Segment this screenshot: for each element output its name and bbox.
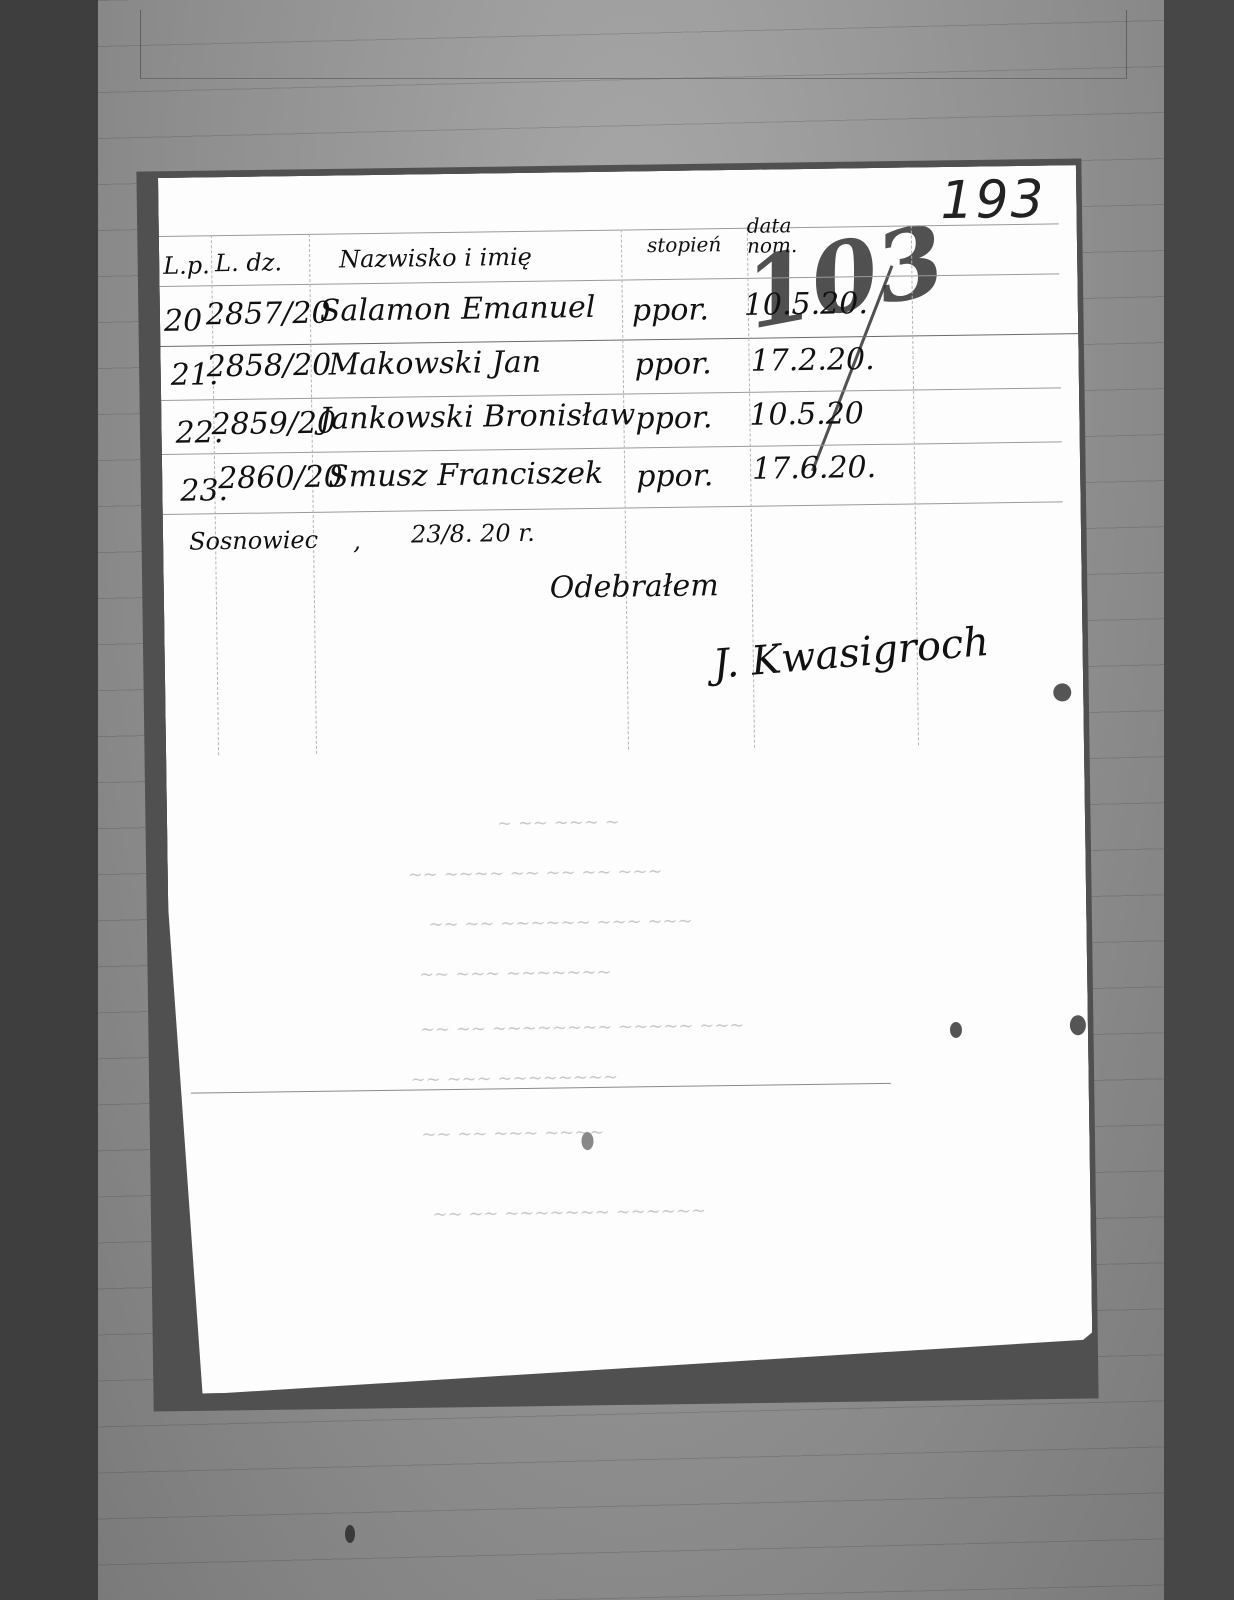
bleed-through-text: ~~ ~~ ~~~~~~~~ ~~~~~ ~~~ xyxy=(420,1015,745,1041)
row-rule xyxy=(160,333,1078,347)
row-lp: 20 xyxy=(164,303,203,339)
bleed-through-text: ~~ ~~~ ~~~~~~~ xyxy=(419,962,612,986)
bleed-through-text: ~~ ~~ ~~~ ~~~~ xyxy=(421,1122,604,1146)
ink-spot xyxy=(950,1022,962,1038)
row-name: Makowski Jan xyxy=(328,345,541,383)
row-name: Jankowski Bronisław xyxy=(319,397,635,436)
bleed-through-text: ~ ~~ ~~~ ~ xyxy=(497,812,620,835)
row-ldz: 2859/20 xyxy=(211,406,336,443)
row-rank: ppor. xyxy=(635,400,713,436)
row-ldz: 2860/20 xyxy=(218,459,343,496)
ink-spot xyxy=(1070,1015,1086,1035)
column-rule xyxy=(621,230,629,750)
ink-spot xyxy=(581,1132,593,1150)
folder-edge xyxy=(140,10,1127,79)
row-date: 17.6.20. xyxy=(752,450,877,487)
document-date: 23/8. 20 r. xyxy=(411,519,535,549)
header-rank: stopień xyxy=(647,232,722,257)
row-rule xyxy=(162,441,1062,455)
row-rank: ppor. xyxy=(634,346,712,382)
bleed-through-text: ~~ ~~ ~~~~~~ ~~~ ~~~ xyxy=(428,911,692,936)
row-name: Smusz Franciszek xyxy=(328,456,603,495)
scanner-border-left xyxy=(0,0,98,1600)
background-spot xyxy=(345,1525,355,1543)
received-label: Odebrałem xyxy=(550,568,719,605)
header-name: Nazwisko i imię xyxy=(339,243,532,274)
ink-spot xyxy=(1053,683,1071,701)
header-lp: L.p. xyxy=(163,251,210,280)
bleed-through-text: ~~ ~~~~ ~~ ~~ ~~ ~~~ xyxy=(408,861,663,886)
bleed-through-text: ~~ ~~ ~~~~~~~ ~~~~~~ xyxy=(432,1200,706,1225)
document-sheet: 193 103 L.p. L. dz. Nazwisko i imię stop… xyxy=(158,165,1093,1394)
scanner-border-right xyxy=(1164,0,1234,1600)
header-ldz: L. dz. xyxy=(215,248,282,277)
header-date: data nom. xyxy=(747,215,808,256)
row-date: 10.5.20 xyxy=(749,396,864,433)
row-name: Salamon Emanuel xyxy=(320,290,596,329)
row-ldz: 2857/20 xyxy=(206,296,331,333)
place-separator: , xyxy=(353,527,361,555)
place: Sosnowiec xyxy=(189,526,318,556)
row-date: 17.2.20. xyxy=(750,342,875,379)
folio-number: 193 xyxy=(940,170,1046,231)
row-rule xyxy=(163,501,1063,515)
row-rank: ppor. xyxy=(632,292,710,328)
row-date: 10.5.20. xyxy=(744,286,869,323)
row-rank: ppor. xyxy=(636,458,714,494)
row-ldz: 2858/20 xyxy=(206,348,331,385)
